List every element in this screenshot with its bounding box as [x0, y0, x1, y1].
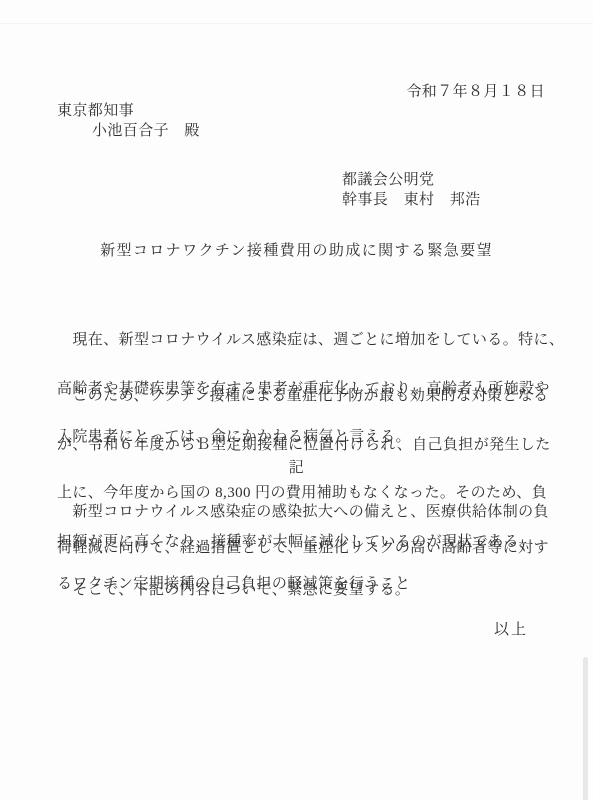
page-top-divider [0, 23, 593, 24]
sender-person: 幹事長 東村 邦浩 [342, 193, 481, 208]
letter-date: 令和７年８月１８日 [406, 85, 545, 100]
vertical-scrollbar-thumb[interactable] [583, 657, 588, 800]
body-paragraph-2-line: 上に、今年度から国の 8,300 円の費用補助もなくなった。そのため、負 [57, 484, 539, 503]
document-title: 新型コロナワクチン接種費用の助成に関する緊急要望 [0, 244, 593, 259]
request-paragraph-line: 荷軽減に向けて、経過措置として、重症化リスクの高い高齢者等に対す [57, 541, 549, 556]
recipient-title: 東京都知事 [57, 104, 134, 119]
request-paragraph-line: るワクチン定期接種の自己負担の軽減策を行うこと [57, 577, 410, 592]
sender-organization: 都議会公明党 [342, 173, 434, 188]
body-paragraph-1-line: 現在、新型コロナウイルス感染症は、週ごとに増加をしている。特に、 [57, 331, 539, 350]
closing-ijou: 以上 [494, 623, 528, 638]
request-paragraph-line: 新型コロナウイルス感染症の感染拡大への備えと、医療供給体制の負 [57, 505, 549, 520]
ki-section-marker: 記 [0, 461, 593, 476]
body-paragraph-2-line: このため、ワクチン接種による重症化予防が最も効果的な対策となる [57, 387, 539, 406]
recipient-name: 小池百合子 殿 [92, 124, 200, 139]
letter-document-page: 令和７年８月１８日 東京都知事 小池百合子 殿 都議会公明党 幹事長 東村 邦浩… [0, 0, 593, 800]
body-paragraph-2-line: が、令和６年度からＢ型定期接種に位置付けられ、自己負担が発生した [57, 436, 539, 455]
